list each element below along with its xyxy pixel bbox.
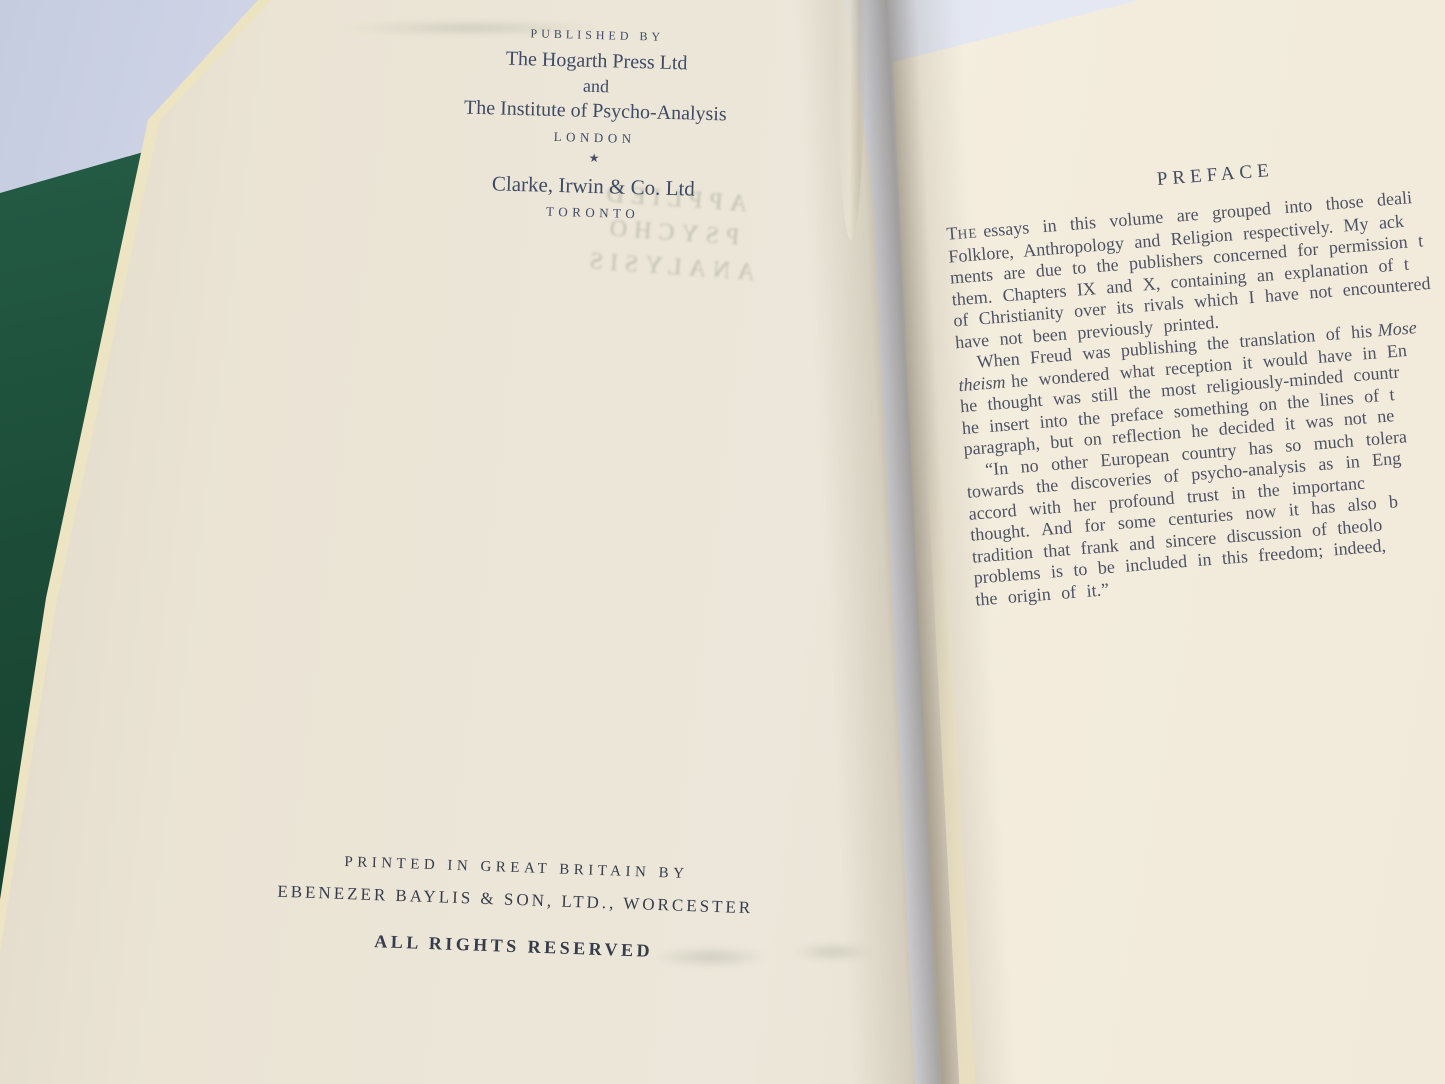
publisher-name-3: Clarke, Irwin & Co. Ltd bbox=[378, 168, 809, 204]
printer-name-line: EBENEZER BAYLIS & SON, LTD., WORCESTER bbox=[225, 880, 805, 920]
small-caps: HE bbox=[957, 225, 978, 242]
preface-text-block: PREFACE THEessays in this volume are gro… bbox=[940, 107, 1445, 610]
book-photo: APPLIED PSYCHO ANALYSIS PUBLISHED BY The… bbox=[0, 0, 1445, 1084]
publisher-imprint: PUBLISHED BY The Hogarth Press Ltd and T… bbox=[378, 22, 813, 226]
show-through-smudge bbox=[792, 942, 874, 962]
printer-imprint: PRINTED IN GREAT BRITAIN BY EBENEZER BAY… bbox=[223, 850, 806, 967]
italic-word: Mose bbox=[1377, 317, 1417, 340]
italic-word: theism bbox=[958, 371, 1006, 395]
